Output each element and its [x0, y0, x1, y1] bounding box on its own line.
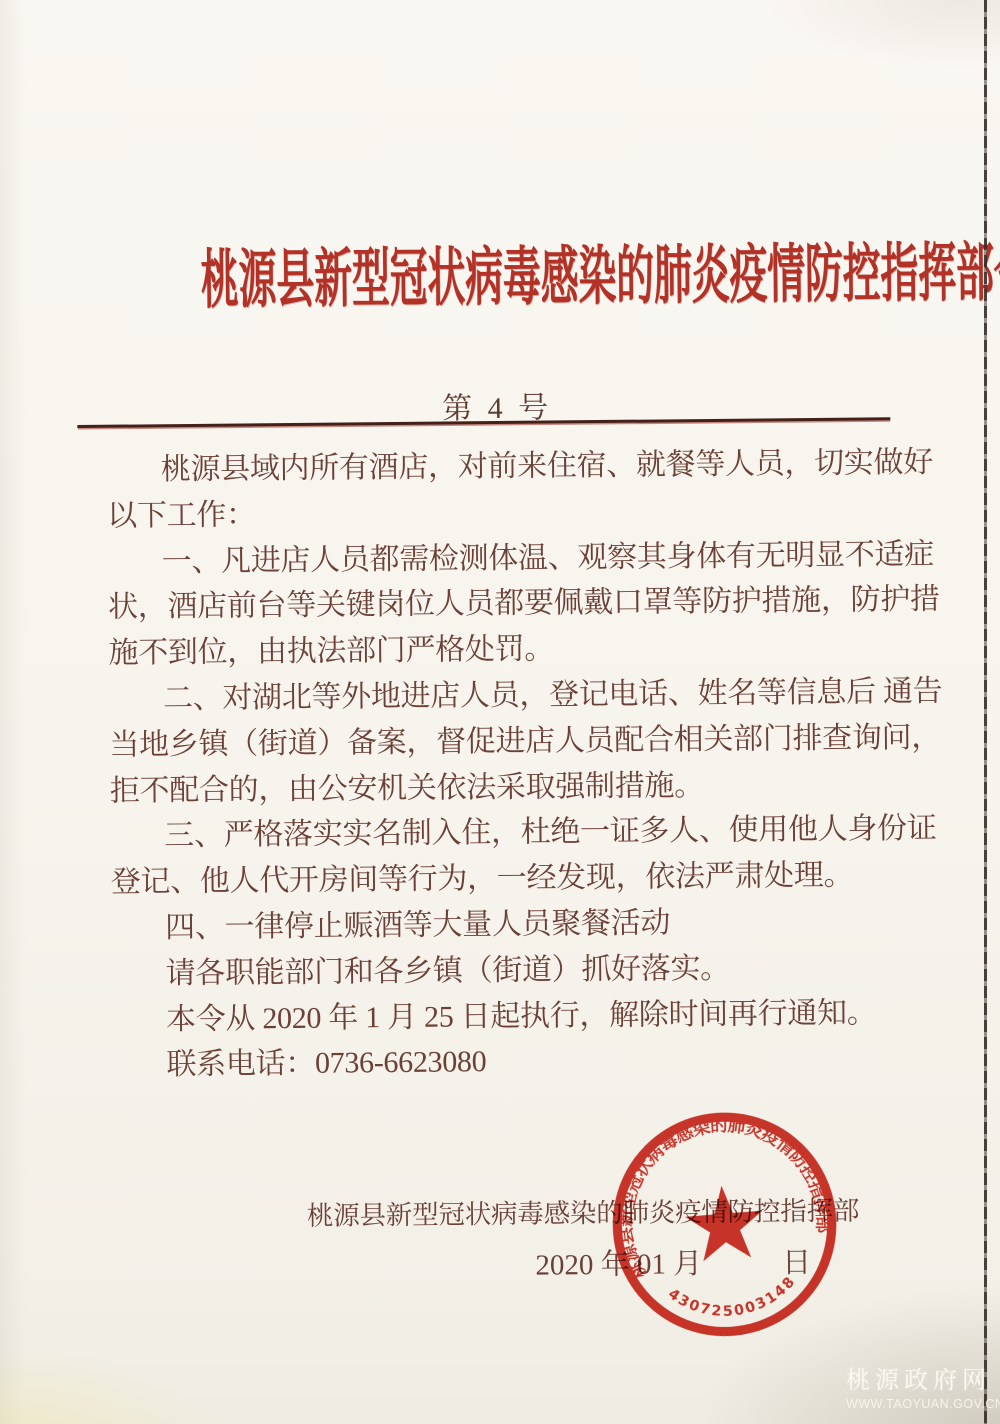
body-line: 施不到位，由执法部门严格处罚。	[108, 623, 908, 676]
body-line: 状，酒店前台等关键岗位人员都要佩戴口罩等防护措施，防护措	[108, 577, 908, 630]
body-line: 当地乡镇（街道）备案，督促进店人员配合相关部门排查询问，	[109, 715, 909, 768]
body-line: 联系电话：0736-6623080	[112, 1035, 912, 1088]
body-line: 拒不配合的，由公安机关依法采取强制措施。	[110, 761, 910, 814]
body-line: 请各职能部门和各乡镇（街道）抓好落实。	[111, 944, 911, 997]
document-title-text: 桃源县新型冠状病毒感染的肺炎疫情防控指挥部令	[201, 237, 1000, 316]
scanned-page: 桃源县新型冠状病毒感染的肺炎疫情防控指挥部令 第 4 号 桃源县域内所有酒店，对…	[0, 0, 1000, 1424]
watermark-site-name: 桃源政府网	[846, 1369, 1000, 1393]
body-line: 一、凡进店人员都需检测体温、观察其身体有无明显不适症	[107, 532, 907, 585]
body-line: 三、严格落实实名制入住，杜绝一证多人、使用他人身份证	[110, 806, 910, 859]
body-line: 本令从 2020 年 1 月 25 日起执行，解除时间再行通知。	[112, 990, 912, 1043]
body-line: 桃源县域内所有酒店，对前来住宿、就餐等人员，切实做好	[107, 440, 907, 493]
watermark-site-url: WWW.TAOYUAN.GOV.CN	[846, 1398, 1000, 1411]
body-line: 登记、他人代开房间等行为，一经发现，依法严肃处理。	[111, 852, 911, 905]
official-seal: 桃源县新型冠状病毒感染的肺炎疫情防控指挥部 4307250031487	[593, 1093, 857, 1357]
body-line: 二、对湖北等外地进店人员，登记电话、姓名等信息后 通告	[109, 669, 909, 722]
document-content: 桃源县新型冠状病毒感染的肺炎疫情防控指挥部令 第 4 号 桃源县域内所有酒店，对…	[0, 0, 1000, 1424]
scan-page-edge	[984, 0, 987, 1424]
seal-star-icon	[683, 1183, 766, 1263]
document-body: 桃源县域内所有酒店，对前来住宿、就餐等人员，切实做好以下工作：一、凡进店人员都需…	[107, 440, 913, 1089]
body-line: 四、一律停止赈酒等大量人员聚餐活动	[111, 898, 911, 951]
watermark: 桃源政府网 WWW.TAOYUAN.GOV.CN	[846, 1369, 1000, 1411]
document-title: 桃源县新型冠状病毒感染的肺炎疫情防控指挥部令	[201, 240, 792, 316]
body-line: 以下工作：	[107, 486, 907, 539]
